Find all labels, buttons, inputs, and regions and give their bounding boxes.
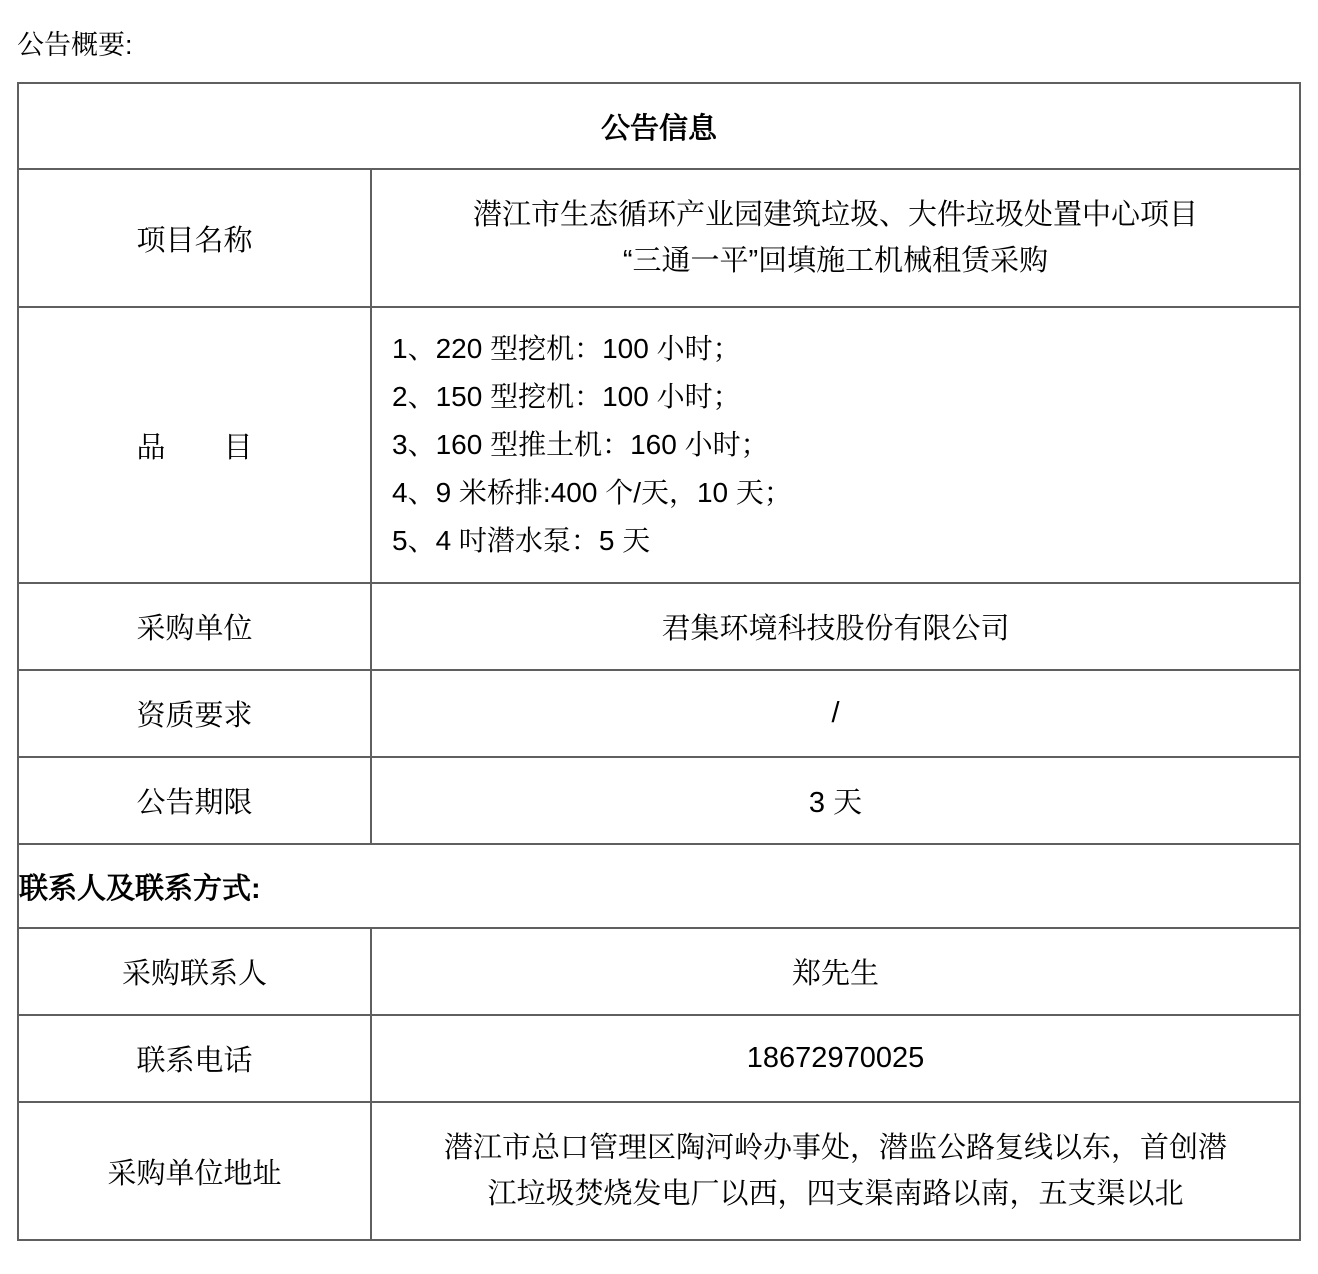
row-label: 项目名称 [18, 169, 371, 307]
contact-section-header-row: 联系人及联系方式: [18, 844, 1300, 928]
row-label: 品 目 [18, 307, 371, 583]
table-row-contact-person: 采购联系人 郑先生 [18, 928, 1300, 1015]
row-value: 1、220 型挖机：100 小时； 2、150 型挖机：100 小时； 3、16… [371, 307, 1300, 583]
row-value: 君集环境科技股份有限公司 [371, 583, 1300, 670]
item-line: 3、160 型推土机：160 小时； [392, 421, 1299, 469]
row-label: 资质要求 [18, 670, 371, 757]
table-row-qualification: 资质要求 / [18, 670, 1300, 757]
item-line: 1、220 型挖机：100 小时； [392, 325, 1299, 373]
row-value: 潜江市总口管理区陶河岭办事处，潜监公路复线以东，首创潜 江垃圾焚烧发电厂以西，四… [371, 1102, 1300, 1240]
address-line: 潜江市总口管理区陶河岭办事处，潜监公路复线以东，首创潜 [372, 1125, 1299, 1171]
table-row-items: 品 目 1、220 型挖机：100 小时； 2、150 型挖机：100 小时； … [18, 307, 1300, 583]
row-value: 潜江市生态循环产业园建筑垃圾、大件垃圾处置中心项目 “三通一平”回填施工机械租赁… [371, 169, 1300, 307]
row-label: 采购单位 [18, 583, 371, 670]
item-line: 2、150 型挖机：100 小时； [392, 373, 1299, 421]
row-label: 采购单位地址 [18, 1102, 371, 1240]
table-header-row: 公告信息 [18, 83, 1300, 169]
row-label: 公告期限 [18, 757, 371, 844]
address-line: 江垃圾焚烧发电厂以西，四支渠南路以南，五支渠以北 [372, 1171, 1299, 1217]
overview-label: 公告概要: [17, 28, 133, 62]
contact-section-title: 联系人及联系方式: [18, 844, 1300, 928]
project-name-line: “三通一平”回填施工机械租赁采购 [372, 238, 1299, 284]
table-row-contact-phone: 联系电话 18672970025 [18, 1015, 1300, 1102]
row-label: 采购联系人 [18, 928, 371, 1015]
row-value: 3 天 [371, 757, 1300, 844]
table-row-purchaser-address: 采购单位地址 潜江市总口管理区陶河岭办事处，潜监公路复线以东，首创潜 江垃圾焚烧… [18, 1102, 1300, 1240]
project-name-line: 潜江市生态循环产业园建筑垃圾、大件垃圾处置中心项目 [372, 192, 1299, 238]
item-line: 4、9 米桥排:400 个/天，10 天； [392, 469, 1299, 517]
row-value: 18672970025 [371, 1015, 1300, 1102]
table-title: 公告信息 [18, 83, 1300, 169]
table-row-notice-period: 公告期限 3 天 [18, 757, 1300, 844]
item-line: 5、4 吋潜水泵：5 天 [392, 517, 1299, 565]
table-row-purchaser: 采购单位 君集环境科技股份有限公司 [18, 583, 1300, 670]
row-value: / [371, 670, 1300, 757]
table-row-project-name: 项目名称 潜江市生态循环产业园建筑垃圾、大件垃圾处置中心项目 “三通一平”回填施… [18, 169, 1300, 307]
row-value: 郑先生 [371, 928, 1300, 1015]
announcement-table: 公告信息 项目名称 潜江市生态循环产业园建筑垃圾、大件垃圾处置中心项目 “三通一… [17, 82, 1301, 1241]
items-list: 1、220 型挖机：100 小时； 2、150 型挖机：100 小时； 3、16… [372, 325, 1299, 565]
row-label: 联系电话 [18, 1015, 371, 1102]
announcement-page: 公告概要: 公告信息 项目名称 潜江市生态循环产业园建筑垃圾、大件垃圾处置中心项… [0, 0, 1318, 1274]
